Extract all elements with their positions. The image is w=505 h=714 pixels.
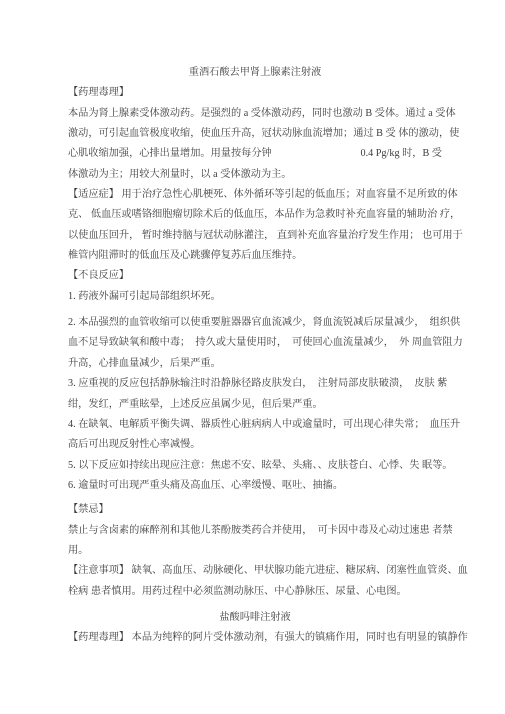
drug1-indications-line: 椎管内阻滞时的低血压及心跳骤停复苏后血压维持。 (68, 246, 442, 266)
drug1-pharmacology-line: 心肌收缩加强，心排出量增加。用量按每分钟 0.4 Pg/kg 时，B 受 (68, 144, 442, 164)
drug2-title: 盐酸吗啡注射液 (68, 608, 442, 628)
drug1-adverse-item: 3. 应重视的反应包括静脉输注时沿静脉径路皮肤发白， 注射局部皮肤破溃， 皮肤 … (68, 374, 442, 394)
document-content: 重酒石酸去甲肾上腺素注射液 【药理毒理】 本品为肾上腺素受体激动药。是强烈的 a… (68, 63, 442, 649)
drug1-adverse-item: 绀，发红，严重眩晕，上述反应虽属少见，但后果严重。 (68, 395, 442, 415)
drug1-adverse-item: 4. 在缺氧、电解质平衡失调、器质性心脏病病人中或逾量时，可出现心律失常； 血压… (68, 415, 442, 435)
drug1-adverse-item: 高后可出现反射性心率减慢。 (68, 435, 442, 455)
document-page: 重酒石酸去甲肾上腺素注射液 【药理毒理】 本品为肾上腺素受体激动药。是强烈的 a… (0, 0, 505, 714)
drug1-adverse-item: 6. 逾量时可出现严重头痛及高血压、心率缓慢、呕吐、抽搐。 (68, 476, 442, 496)
drug1-pharmacology-line: 激动，可引起血管极度收缩，使血压升高，冠状动脉血流增加；通过 B 受 体的激动，… (68, 124, 442, 144)
drug1-adverse-header: 【不良反应】 (68, 266, 442, 286)
drug1-indications-line: 以使血压回升， 暂时维持脑与冠状动脉灌注， 直到补充血容量治疗发生作用； 也可用… (68, 226, 442, 246)
drug1-pharmacology-line: 体激动为主；用较大剂量时，以 a 受体激动为主。 (68, 165, 442, 185)
drug1-title: 重酒石酸去甲肾上腺素注射液 (68, 63, 442, 83)
drug2-pharmacology-line: 【药理毒理】 本品为纯粹的阿片受体激动剂，有强大的镇痛作用，同时也有明显的镇静作 (68, 628, 442, 648)
drug1-precautions-line: 【注意事项】 缺氧、高血压、动脉硬化、甲状腺功能亢进症、糖尿病、闭塞性血管炎、血 (68, 561, 442, 581)
drug1-adverse-item: 2. 本品强烈的血管收缩可以使重要脏器器官血流减少，肾血流锐减后尿量减少， 组织… (68, 313, 442, 333)
drug1-adverse-item: 1. 药液外漏可引起局部组织坏死。 (68, 287, 442, 307)
drug1-adverse-item: 升高，心排血量减少，后果严重。 (68, 354, 442, 374)
drug1-adverse-item: 5. 以下反应如持续出现应注意：焦虑不安、眩晕、头痛、、皮肤苍白、心悸、失 眠等… (68, 456, 442, 476)
drug1-indications-line: 克、 低血压或嗜铬细胞瘤切除术后的低血压，本品作为急救时补充血容量的辅助治 疗， (68, 205, 442, 225)
dose-value: 0.4 Pg/kg 时，B 受 (360, 144, 442, 164)
drug1-contraindications-line: 用。 (68, 541, 442, 561)
drug1-contraindications-header: 【禁忌】 (68, 500, 442, 520)
drug1-indications-line: 【适应症】 用于治疗急性心肌梗死、体外循环等引起的低血压；对血容量不足所致的体 (68, 185, 442, 205)
drug1-precautions-line: 栓病 患者慎用。用药过程中必须监测动脉压、中心静脉压、尿量、心电图。 (68, 582, 442, 602)
drug1-adverse-item: 血不足导致缺氧和酸中毒； 持久或大量使用时， 可使回心血流量减少， 外 周血管阻… (68, 333, 442, 353)
drug1-pharmacology-line: 本品为肾上腺素受体激动药。是强烈的 a 受体激动药，同时也激动 B 受体。通过 … (68, 104, 442, 124)
drug1-pharmacology-header: 【药理毒理】 (68, 83, 442, 103)
dose-text-left: 心肌收缩加强，心排出量增加。用量按每分钟 (68, 144, 272, 164)
drug1-contraindications-line: 禁止与含卤素的麻醉剂和其他儿茶酚胺类药合并使用， 可卡因中毒及心动过速患 者禁 (68, 521, 442, 541)
